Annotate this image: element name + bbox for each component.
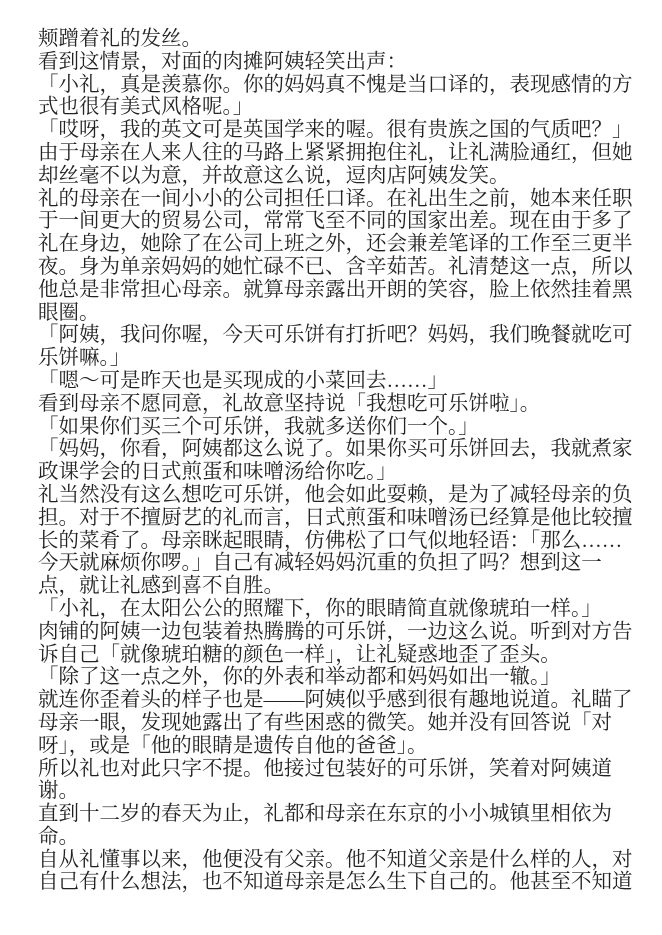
text-line: 诉自己「就像琥珀糖的颜色一样」，让礼疑惑地歪了歪头。 xyxy=(38,644,638,667)
text-line: 母亲一眼，发现她露出了有些困惑的微笑。她并没有回答说「对 xyxy=(38,712,638,735)
text-line: 自从礼懂事以来，他便没有父亲。他不知道父亲是什么样的人，对 xyxy=(38,849,638,872)
text-line: 命。 xyxy=(38,826,638,849)
text-line: 式也很有美式风格呢。」 xyxy=(38,96,638,119)
text-line: 于一间更大的贸易公司，常常飞至不同的国家出差。现在由于多了 xyxy=(38,210,638,233)
body-text: 颊蹭着礼的发丝。看到这情景，对面的肉摊阿姨轻笑出声：「小礼，真是羡慕你。你的妈妈… xyxy=(38,28,638,894)
text-line: 所以礼也对此只字不提。他接过包装好的可乐饼，笑着对阿姨道 xyxy=(38,758,638,781)
text-line: 就连你歪着头的样子也是——阿姨似乎感到很有趣地说道。礼瞄了 xyxy=(38,689,638,712)
text-line: 礼当然没有这么想吃可乐饼，他会如此耍赖，是为了减轻母亲的负 xyxy=(38,484,638,507)
text-line: 礼在身边，她除了在公司上班之外，还会兼差笔译的工作至三更半 xyxy=(38,233,638,256)
text-line: 「妈妈，你看，阿姨都这么说了。如果你买可乐饼回去，我就煮家 xyxy=(38,438,638,461)
novel-page: 颊蹭着礼的发丝。看到这情景，对面的肉摊阿姨轻笑出声：「小礼，真是羡慕你。你的妈妈… xyxy=(0,0,662,935)
text-line: 眼圈。 xyxy=(38,302,638,325)
text-line: 长的菜肴了。母亲眯起眼睛，仿佛松了口气似地轻语：「那么…… xyxy=(38,530,638,553)
text-line: 却丝毫不以为意，并故意这么说，逗肉店阿姨发笑。 xyxy=(38,165,638,188)
text-line: 「小礼，在太阳公公的照耀下，你的眼睛简直就像琥珀一样。」 xyxy=(38,598,638,621)
text-line: 看到这情景，对面的肉摊阿姨轻笑出声： xyxy=(38,51,638,74)
text-line: 点，就让礼感到喜不自胜。 xyxy=(38,575,638,598)
text-line: 担。对于不擅厨艺的礼而言，日式煎蛋和味噌汤已经算是他比较擅 xyxy=(38,507,638,530)
text-line: 礼的母亲在一间小小的公司担任口译。在礼出生之前，她本来任职 xyxy=(38,188,638,211)
text-line: 谢。 xyxy=(38,780,638,803)
text-line: 直到十二岁的春天为止，礼都和母亲在东京的小小城镇里相依为 xyxy=(38,803,638,826)
text-line: 「哎呀，我的英文可是英国学来的喔。很有贵族之国的气质吧？」 xyxy=(38,119,638,142)
text-line: 「嗯～可是昨天也是买现成的小菜回去……」 xyxy=(38,370,638,393)
text-line: 「如果你们买三个可乐饼，我就多送你们一个。」 xyxy=(38,416,638,439)
text-line: 由于母亲在人来人往的马路上紧紧拥抱住礼，让礼满脸通红，但她 xyxy=(38,142,638,165)
text-line: 呀」，或是「他的眼睛是遗传自他的爸爸」。 xyxy=(38,735,638,758)
text-line: 他总是非常担心母亲。就算母亲露出开朗的笑容，脸上依然挂着黑 xyxy=(38,279,638,302)
text-line: 「小礼，真是羡慕你。你的妈妈真不愧是当口译的，表现感情的方 xyxy=(38,74,638,97)
text-line: 乐饼嘛。」 xyxy=(38,347,638,370)
text-line: 自己有什么想法，也不知道母亲是怎么生下自己的。他甚至不知道 xyxy=(38,871,638,894)
text-line: 夜。身为单亲妈妈的她忙碌不已、含辛茹苦。礼清楚这一点，所以 xyxy=(38,256,638,279)
text-line: 肉铺的阿姨一边包装着热腾腾的可乐饼，一边这么说。听到对方告 xyxy=(38,621,638,644)
text-line: 今天就麻烦你啰。」自己有减轻妈妈沉重的负担了吗？想到这一 xyxy=(38,552,638,575)
text-line: 政课学会的日式煎蛋和味噌汤给你吃。」 xyxy=(38,461,638,484)
text-line: 看到母亲不愿同意，礼故意坚持说「我想吃可乐饼啦」。 xyxy=(38,393,638,416)
text-line: 「阿姨，我问你喔，今天可乐饼有打折吧？妈妈，我们晚餐就吃可 xyxy=(38,324,638,347)
text-line: 颊蹭着礼的发丝。 xyxy=(38,28,638,51)
text-line: 「除了这一点之外，你的外表和举动都和妈妈如出一辙。」 xyxy=(38,666,638,689)
